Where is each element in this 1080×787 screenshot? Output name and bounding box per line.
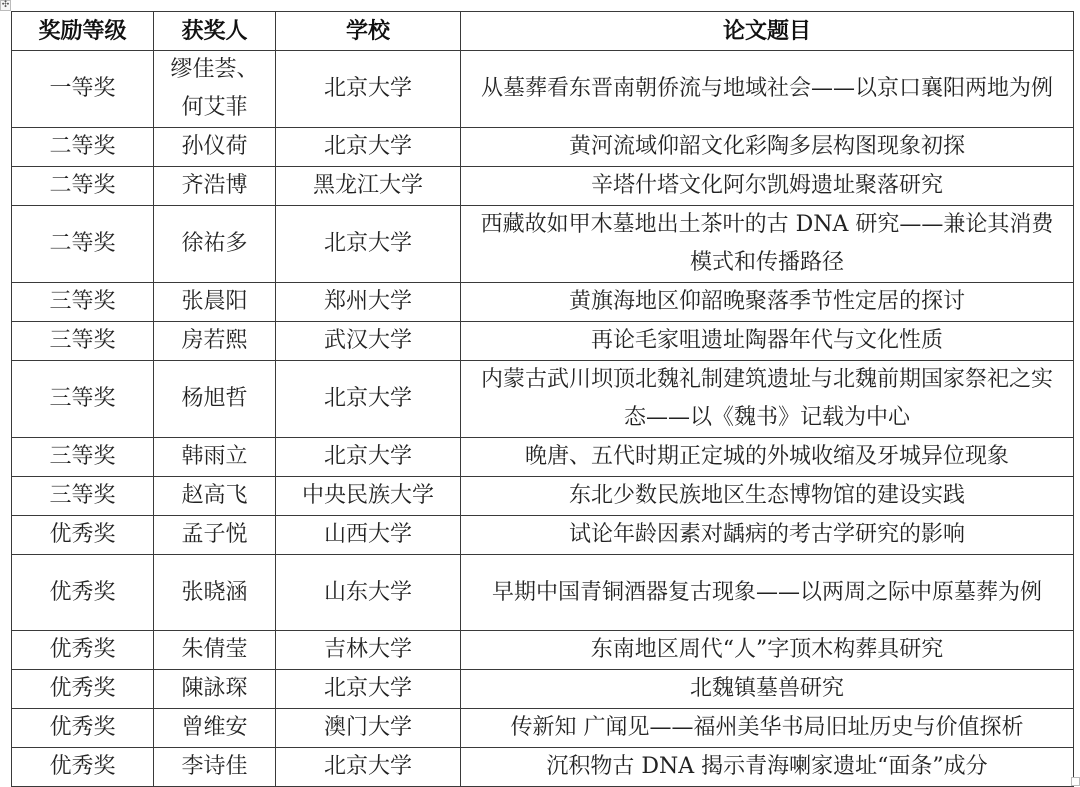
- cell-paper-title: 北魏镇墓兽研究: [461, 670, 1074, 709]
- header-school: 学校: [276, 12, 461, 51]
- header-winner: 获奖人: [154, 12, 276, 51]
- cell-award-level: 一等奖: [12, 51, 154, 128]
- cell-winner: 赵高飞: [154, 477, 276, 516]
- cell-winner: 房若熙: [154, 322, 276, 361]
- cell-school: 北京大学: [276, 670, 461, 709]
- cell-paper-title: 内蒙古武川坝顶北魏礼制建筑遗址与北魏前期国家祭祀之实态——以《魏书》记载为中心: [461, 361, 1074, 438]
- cell-winner: 孙仪荷: [154, 128, 276, 167]
- cell-school: 吉林大学: [276, 631, 461, 670]
- table-row: 三等奖韩雨立北京大学晚唐、五代时期正定城的外城收缩及牙城异位现象: [12, 438, 1074, 477]
- table-row: 二等奖徐祐多北京大学西藏故如甲木墓地出土茶叶的古 DNA 研究——兼论其消费模式…: [12, 206, 1074, 283]
- cell-paper-title: 试论年龄因素对龋病的考古学研究的影响: [461, 516, 1074, 555]
- cell-paper-title: 西藏故如甲木墓地出土茶叶的古 DNA 研究——兼论其消费模式和传播路径: [461, 206, 1074, 283]
- cell-paper-title: 沉积物古 DNA 揭示青海喇家遗址“面条”成分: [461, 748, 1074, 787]
- cell-winner: 曾维安: [154, 709, 276, 748]
- cell-school: 郑州大学: [276, 283, 461, 322]
- cell-award-level: 三等奖: [12, 477, 154, 516]
- cell-award-level: 优秀奖: [12, 748, 154, 787]
- table-row: 优秀奖曾维安澳门大学传新知 广闻见——福州美华书局旧址历史与价值探析: [12, 709, 1074, 748]
- header-award-level: 奖励等级: [12, 12, 154, 51]
- cell-school: 中央民族大学: [276, 477, 461, 516]
- cell-paper-title: 黄河流域仰韶文化彩陶多层构图现象初探: [461, 128, 1074, 167]
- cell-paper-title: 早期中国青铜酒器复古现象——以两周之际中原墓葬为例: [461, 555, 1074, 631]
- cell-school: 北京大学: [276, 206, 461, 283]
- table-header-row: 奖励等级 获奖人 学校 论文题目: [12, 12, 1074, 51]
- cell-paper-title: 辛塔什塔文化阿尔凯姆遗址聚落研究: [461, 167, 1074, 206]
- cell-paper-title: 再论毛家咀遗址陶器年代与文化性质: [461, 322, 1074, 361]
- cell-winner: 韩雨立: [154, 438, 276, 477]
- cell-award-level: 二等奖: [12, 206, 154, 283]
- cell-winner: 齐浩博: [154, 167, 276, 206]
- cell-award-level: 三等奖: [12, 322, 154, 361]
- table-row: 优秀奖李诗佳北京大学沉积物古 DNA 揭示青海喇家遗址“面条”成分: [12, 748, 1074, 787]
- cell-school: 北京大学: [276, 51, 461, 128]
- cell-award-level: 优秀奖: [12, 516, 154, 555]
- cell-award-level: 优秀奖: [12, 631, 154, 670]
- cell-award-level: 三等奖: [12, 361, 154, 438]
- table-row: 优秀奖孟子悦山西大学试论年龄因素对龋病的考古学研究的影响: [12, 516, 1074, 555]
- cell-school: 武汉大学: [276, 322, 461, 361]
- cell-winner: 朱倩莹: [154, 631, 276, 670]
- cell-winner: 孟子悦: [154, 516, 276, 555]
- table-row: 二等奖孙仪荷北京大学黄河流域仰韶文化彩陶多层构图现象初探: [12, 128, 1074, 167]
- cell-award-level: 三等奖: [12, 283, 154, 322]
- cell-school: 北京大学: [276, 748, 461, 787]
- table-row: 优秀奖朱倩莹吉林大学东南地区周代“人”字顶木构葬具研究: [12, 631, 1074, 670]
- cell-winner: 陳詠琛: [154, 670, 276, 709]
- cell-school: 澳门大学: [276, 709, 461, 748]
- cell-winner: 缪佳荟、何艾菲: [154, 51, 276, 128]
- cell-award-level: 优秀奖: [12, 555, 154, 631]
- cell-award-level: 三等奖: [12, 438, 154, 477]
- cell-school: 山西大学: [276, 516, 461, 555]
- cell-paper-title: 晚唐、五代时期正定城的外城收缩及牙城异位现象: [461, 438, 1074, 477]
- cell-school: 黑龙江大学: [276, 167, 461, 206]
- table-resize-handle[interactable]: [1071, 777, 1080, 786]
- cell-school: 北京大学: [276, 438, 461, 477]
- table-row: 三等奖杨旭哲北京大学内蒙古武川坝顶北魏礼制建筑遗址与北魏前期国家祭祀之实态——以…: [12, 361, 1074, 438]
- header-paper-title: 论文题目: [461, 12, 1074, 51]
- cell-paper-title: 东北少数民族地区生态博物馆的建设实践: [461, 477, 1074, 516]
- cell-paper-title: 传新知 广闻见——福州美华书局旧址历史与价值探析: [461, 709, 1074, 748]
- cell-paper-title: 从墓葬看东晋南朝侨流与地域社会——以京口襄阳两地为例: [461, 51, 1074, 128]
- cell-winner: 张晨阳: [154, 283, 276, 322]
- cell-award-level: 优秀奖: [12, 709, 154, 748]
- table-row: 三等奖房若熙武汉大学再论毛家咀遗址陶器年代与文化性质: [12, 322, 1074, 361]
- table-move-handle-icon[interactable]: ✣: [0, 0, 11, 11]
- table-row: 一等奖缪佳荟、何艾菲北京大学从墓葬看东晋南朝侨流与地域社会——以京口襄阳两地为例: [12, 51, 1074, 128]
- cell-award-level: 二等奖: [12, 128, 154, 167]
- table-row: 优秀奖陳詠琛北京大学北魏镇墓兽研究: [12, 670, 1074, 709]
- cell-award-level: 二等奖: [12, 167, 154, 206]
- cell-school: 北京大学: [276, 361, 461, 438]
- table-row: 二等奖齐浩博黑龙江大学辛塔什塔文化阿尔凯姆遗址聚落研究: [12, 167, 1074, 206]
- awards-table: 奖励等级 获奖人 学校 论文题目 一等奖缪佳荟、何艾菲北京大学从墓葬看东晋南朝侨…: [11, 11, 1074, 787]
- cell-winner: 李诗佳: [154, 748, 276, 787]
- cell-winner: 杨旭哲: [154, 361, 276, 438]
- cell-award-level: 优秀奖: [12, 670, 154, 709]
- table-row: 三等奖张晨阳郑州大学黄旗海地区仰韶晚聚落季节性定居的探讨: [12, 283, 1074, 322]
- table-row: 三等奖赵高飞中央民族大学东北少数民族地区生态博物馆的建设实践: [12, 477, 1074, 516]
- cell-paper-title: 黄旗海地区仰韶晚聚落季节性定居的探讨: [461, 283, 1074, 322]
- table-body: 一等奖缪佳荟、何艾菲北京大学从墓葬看东晋南朝侨流与地域社会——以京口襄阳两地为例…: [12, 51, 1074, 787]
- cell-school: 山东大学: [276, 555, 461, 631]
- cell-winner: 徐祐多: [154, 206, 276, 283]
- cell-paper-title: 东南地区周代“人”字顶木构葬具研究: [461, 631, 1074, 670]
- cell-school: 北京大学: [276, 128, 461, 167]
- cell-winner: 张晓涵: [154, 555, 276, 631]
- table-row: 优秀奖张晓涵山东大学早期中国青铜酒器复古现象——以两周之际中原墓葬为例: [12, 555, 1074, 631]
